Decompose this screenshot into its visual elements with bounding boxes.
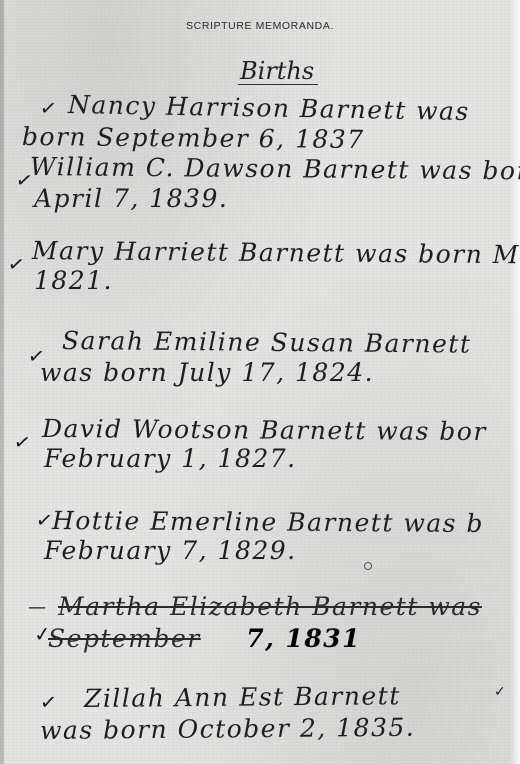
checkmark-icon: ✓ xyxy=(6,253,26,276)
entry-line-1: Nancy Harrison Barnett was xyxy=(68,90,470,127)
page-left-edge xyxy=(0,0,4,764)
page-right-edge xyxy=(510,0,520,764)
checkmark-icon: ✓ xyxy=(494,682,506,702)
entry-line-1: Martha Elizabeth Barnett was xyxy=(58,592,482,622)
dash-mark-icon: — xyxy=(28,598,46,618)
overwritten-date: 7, 1831 xyxy=(246,624,361,653)
entry-line-2: February 7, 1829. xyxy=(44,536,297,566)
scanned-document-page: SCRIPTURE MEMORANDA. Births ✓ Nancy Harr… xyxy=(0,0,520,764)
entry-line-2: 1821. xyxy=(34,266,113,296)
entry-line-2: born September 6, 1837 xyxy=(22,122,365,155)
entry-line-1: William C. Dawson Barnett was born xyxy=(30,152,520,187)
paper-mark xyxy=(364,562,372,570)
page-header: SCRIPTURE MEMORANDA. xyxy=(0,20,520,32)
entry-line-1: David Wootson Barnett was bor xyxy=(42,414,487,447)
entry-line-2: September 7, 1831 xyxy=(48,624,361,654)
entry-line-2: was born July 17, 1824. xyxy=(40,358,374,388)
entry-line-1: Hottie Emerline Barnett was b xyxy=(52,506,484,539)
entry-line-2: was born October 2, 1835. xyxy=(40,713,416,746)
entry-line-2: April 7, 1839. xyxy=(34,184,228,214)
struck-month: September xyxy=(48,624,201,653)
checkmark-icon: ✓ xyxy=(39,691,58,713)
section-title-births: Births xyxy=(238,58,318,85)
entry-line-1: Zillah Ann Est Barnett xyxy=(84,681,401,714)
checkmark-icon: ✓ xyxy=(39,97,58,119)
entry-line-1: Sarah Emiline Susan Barnett xyxy=(62,326,472,360)
entry-line-2: February 1, 1827. xyxy=(44,444,297,474)
checkmark-icon: ✓ xyxy=(12,431,32,454)
